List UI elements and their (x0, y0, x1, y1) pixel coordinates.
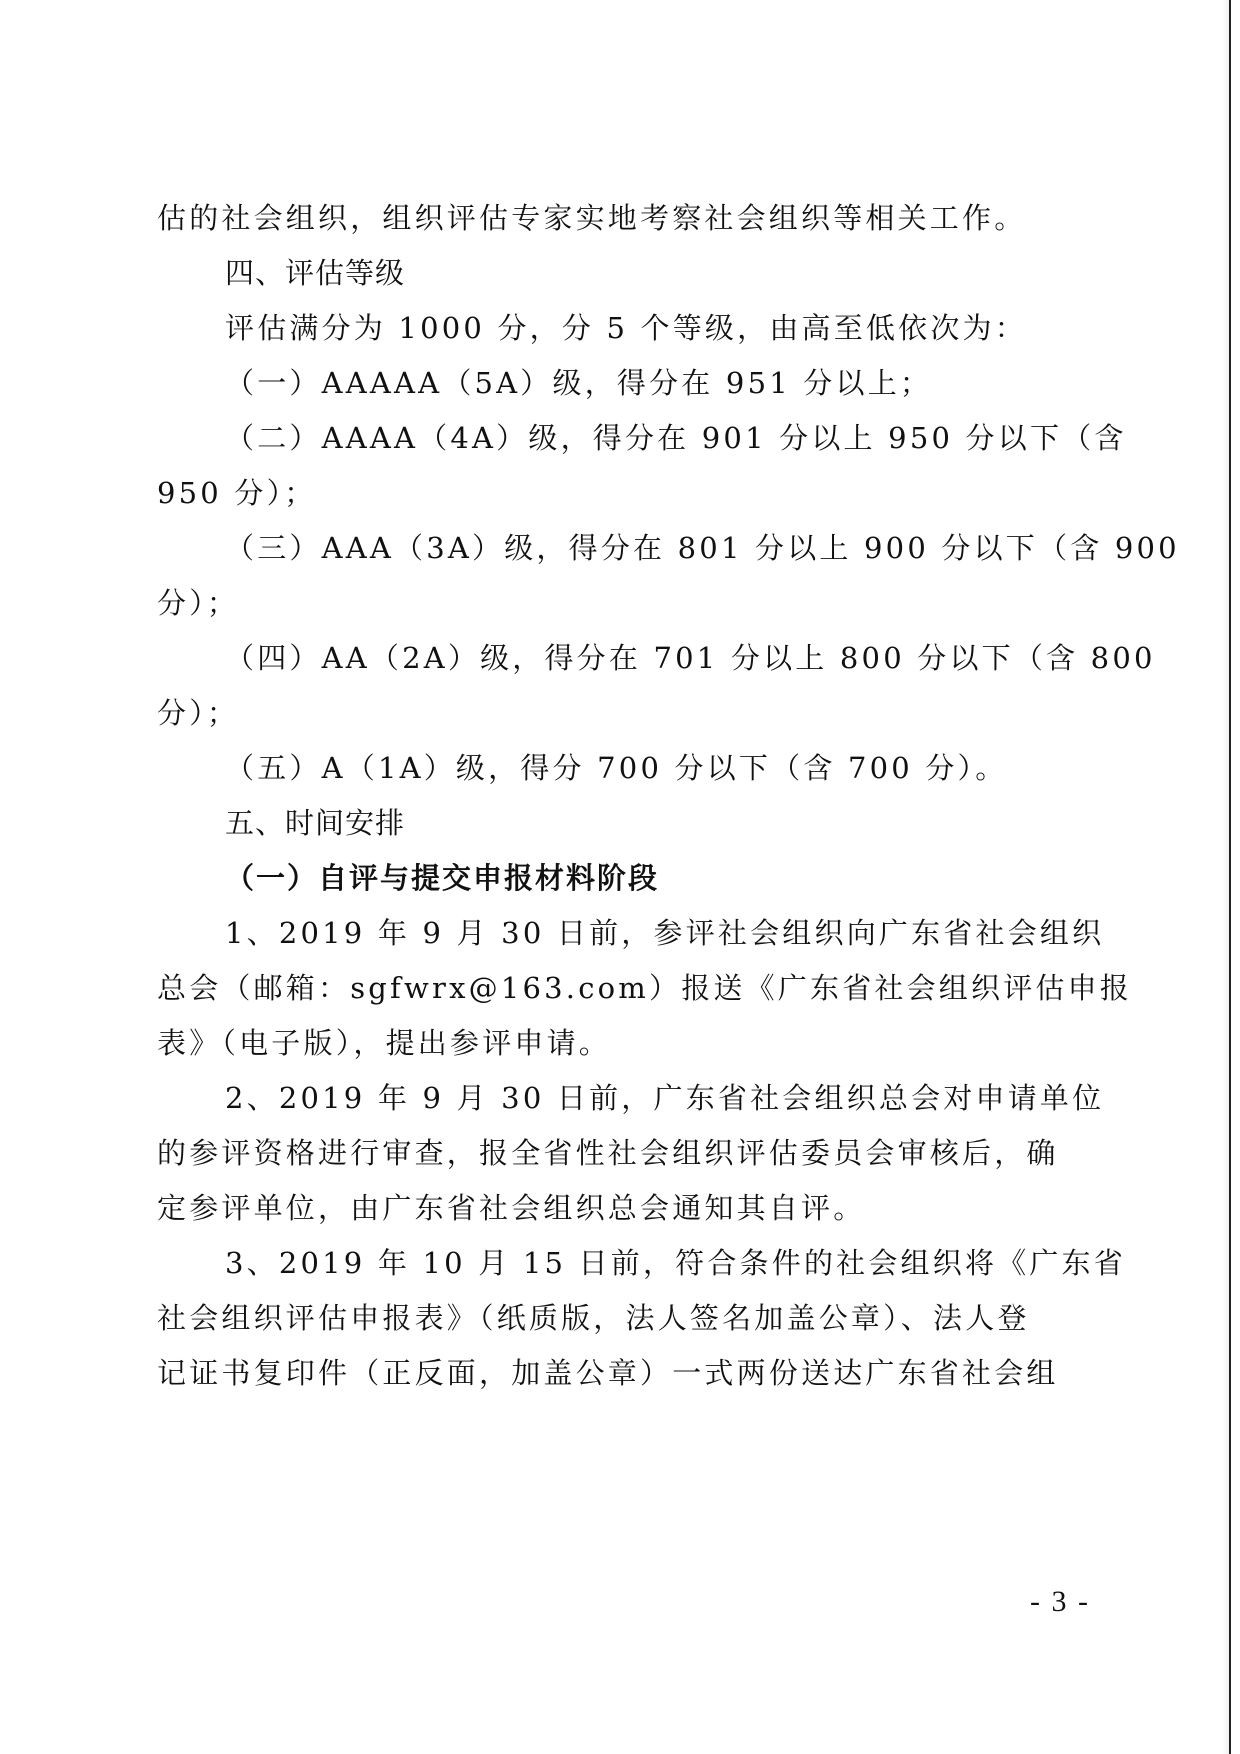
grade-item-4a: （二）AAAA（4A）级，得分在 901 分以上 950 分以下（含 (225, 418, 1092, 458)
schedule-item-3: 3、2019 年 10 月 15 日前，符合条件的社会组织将《广东省 (225, 1243, 1092, 1283)
subsection-heading-self-assessment: （一）自评与提交申报材料阶段 (225, 858, 1092, 898)
grade-item-3a: （三）AAA（3A）级，得分在 801 分以上 900 分以下（含 900 (225, 528, 1092, 568)
schedule-item-2-cont: 的参评资格进行审查，报全省性社会组织评估委员会审核后，确 (157, 1133, 1092, 1173)
schedule-item-1-cont: 表》（电子版），提出参评申请。 (157, 1023, 1092, 1063)
grade-item-3a-cont: 分）； (157, 583, 1092, 623)
schedule-item-3-cont: 记证书复印件（正反面，加盖公章）一式两份送达广东省社会组 (157, 1353, 1092, 1393)
grade-item-4a-cont: 950 分）； (157, 473, 1092, 513)
scan-edge-line (1229, 0, 1231, 1754)
schedule-item-3-cont: 社会组织评估申报表》（纸质版，法人签名加盖公章）、法人登 (157, 1298, 1092, 1338)
schedule-item-2-cont: 定参评单位，由广东省社会组织总会通知其自评。 (157, 1188, 1092, 1228)
schedule-item-1: 1、2019 年 9 月 30 日前，参评社会组织向广东省社会组织 (225, 913, 1092, 953)
section-heading-schedule: 五、时间安排 (225, 803, 1092, 843)
grade-item-1a: （五）A（1A）级，得分 700 分以下（含 700 分）。 (225, 748, 1092, 788)
scan-edge-shadow (1222, 0, 1229, 1754)
document-page: 估的社会组织，组织评估专家实地考察社会组织等相关工作。 四、评估等级 评估满分为… (0, 0, 1240, 1754)
schedule-item-2: 2、2019 年 9 月 30 日前，广东省社会组织总会对申请单位 (225, 1078, 1092, 1118)
section-heading-grades: 四、评估等级 (225, 253, 1092, 293)
grade-item-2a: （四）AA（2A）级，得分在 701 分以上 800 分以下（含 800 (225, 638, 1092, 678)
paragraph-line: 估的社会组织，组织评估专家实地考察社会组织等相关工作。 (157, 198, 1092, 238)
grade-item-2a-cont: 分）； (157, 693, 1092, 733)
page-number: - 3 - (1030, 1582, 1090, 1622)
paragraph-line: 评估满分为 1000 分，分 5 个等级，由高至低依次为： (225, 308, 1092, 348)
grade-item-5a: （一）AAAAA（5A）级，得分在 951 分以上； (225, 363, 1092, 403)
schedule-item-1-cont: 总会（邮箱：sgfwrx@163.com）报送《广东省社会组织评估申报 (157, 968, 1092, 1008)
